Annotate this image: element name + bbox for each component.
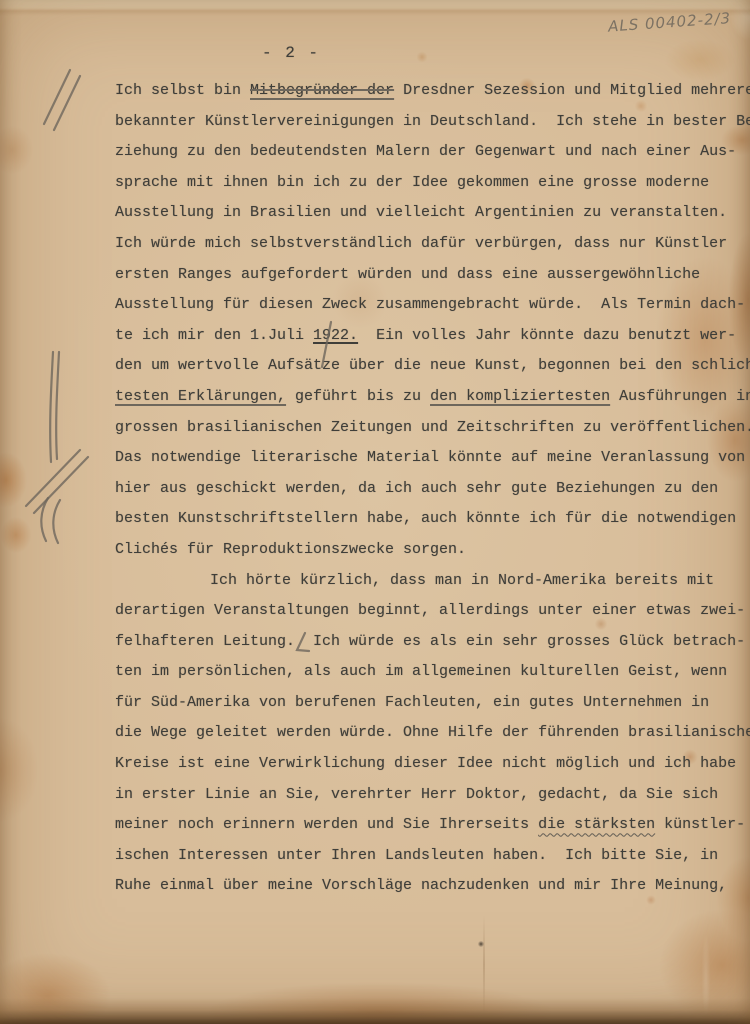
text-segment-u-wavy: die stärksten — [538, 816, 655, 833]
text-segment: besten Kunstschriftstellern habe, auch k… — [115, 510, 736, 527]
text-segment: den um wertvolle Aufsätze über die neue … — [115, 357, 750, 374]
text-line: felhafteren Leitung. Ich würde es als ei… — [115, 627, 750, 658]
text-line: grossen brasilianischen Zeitungen und Ze… — [115, 413, 750, 444]
text-line: sprache mit ihnen bin ich zu der Idee ge… — [115, 168, 750, 199]
text-line: ziehung zu den bedeutendsten Malern der … — [115, 137, 750, 168]
text-line: Ich hörte kürzlich, dass man in Nord-Ame… — [115, 566, 750, 597]
paper-page: ALS 00402-2/3 - 2 - Ich selbst bin Mitbe… — [0, 0, 750, 1024]
text-segment: meiner noch erinnern werden und Sie Ihre… — [115, 816, 538, 833]
text-segment-u-ink: 1922. — [313, 327, 358, 344]
text-line: Clichés für Reproduktionszwecke sorgen. — [115, 535, 750, 566]
text-line: Ich selbst bin Mitbegründer der Dresdner… — [115, 76, 750, 107]
text-segment: künstler- — [655, 816, 745, 833]
text-segment: te ich mir den 1.Juli — [115, 327, 313, 344]
archive-code-annotation: ALS 00402-2/3 — [608, 6, 750, 35]
text-line: ischen Interessen unter Ihren Landsleute… — [115, 841, 750, 872]
text-segment: ten im persönlichen, als auch im allgeme… — [115, 663, 727, 680]
text-line: te ich mir den 1.Juli 1922. Ein volles J… — [115, 321, 750, 352]
text-line: den um wertvolle Aufsätze über die neue … — [115, 351, 750, 382]
page-number: - 2 - — [262, 44, 320, 62]
pencil-diagonal-double-slash-icon — [26, 450, 88, 513]
text-segment: felhafteren Leitung. Ich würde es als ei… — [115, 633, 745, 650]
text-segment: Ich hörte kürzlich, dass man in Nord-Ame… — [210, 572, 714, 589]
pencil-long-double-line-icon — [50, 352, 59, 462]
text-segment: grossen brasilianischen Zeitungen und Ze… — [115, 419, 750, 436]
text-segment: bekannter Künstlervereinigungen in Deuts… — [115, 113, 750, 130]
pencil-insert-double-slash-icon — [44, 70, 80, 130]
text-line: besten Kunstschriftstellern habe, auch k… — [115, 504, 750, 535]
text-line: Ich würde mich selbstverständlich dafür … — [115, 229, 750, 260]
pencil-double-paren-icon — [41, 498, 60, 543]
text-segment: sprache mit ihnen bin ich zu der Idee ge… — [115, 174, 709, 191]
text-segment: ersten Ranges aufgefordert würden und da… — [115, 266, 700, 283]
text-segment: ziehung zu den bedeutendsten Malern der … — [115, 143, 736, 160]
text-segment: Ausstellung in Brasilien und vielleicht … — [115, 204, 727, 221]
text-line: in erster Linie an Sie, verehrter Herr D… — [115, 780, 750, 811]
text-line: Ausstellung in Brasilien und vielleicht … — [115, 198, 750, 229]
text-line: testen Erklärungen, geführt bis zu den k… — [115, 382, 750, 413]
text-segment: Clichés für Reproduktionszwecke sorgen. — [115, 541, 466, 558]
text-segment: für Süd-Amerika von berufenen Fachleuten… — [115, 694, 709, 711]
text-segment: Ein volles Jahr könnte dazu benutzt wer- — [358, 327, 736, 344]
text-line: derartigen Veranstaltungen beginnt, alle… — [115, 596, 750, 627]
text-segment: hier aus geschickt werden, da ich auch s… — [115, 480, 718, 497]
text-line: bekannter Künstlervereinigungen in Deuts… — [115, 107, 750, 138]
text-segment: derartigen Veranstaltungen beginnt, alle… — [115, 602, 745, 619]
text-line: meiner noch erinnern werden und Sie Ihre… — [115, 810, 750, 841]
text-segment-u-pencil: testen Erklärungen, — [115, 388, 286, 405]
text-segment: Das notwendige literarische Material kön… — [115, 449, 745, 466]
text-line: hier aus geschickt werden, da ich auch s… — [115, 474, 750, 505]
text-segment: Ich würde mich selbstverständlich dafür … — [115, 235, 727, 252]
text-line: Ausstellung für diesen Zweck zusammengeb… — [115, 290, 750, 321]
text-segment: Ich selbst bin — [115, 82, 250, 99]
typed-text: Ich selbst bin Mitbegründer der Dresdner… — [115, 76, 750, 902]
text-line: die Wege geleitet werden würde. Ohne Hil… — [115, 718, 750, 749]
text-line: ersten Ranges aufgefordert würden und da… — [115, 260, 750, 291]
text-segment: geführt bis zu — [286, 388, 430, 405]
text-segment-u-pencil: den kompliziertesten — [430, 388, 610, 405]
text-segment: Ausführungen in — [610, 388, 750, 405]
text-segment: Dresdner Sezession und Mitglied mehrerer — [394, 82, 750, 99]
text-segment-strike: Mitbegründer der — [250, 82, 394, 99]
text-line: Kreise ist eine Verwirklichung dieser Id… — [115, 749, 750, 780]
text-segment: die Wege geleitet werden würde. Ohne Hil… — [115, 724, 750, 741]
text-segment: Ruhe einmal über meine Vorschläge nachzu… — [115, 877, 727, 894]
text-line: für Süd-Amerika von berufenen Fachleuten… — [115, 688, 750, 719]
text-segment: Ausstellung für diesen Zweck zusammengeb… — [115, 296, 745, 313]
text-segment: in erster Linie an Sie, verehrter Herr D… — [115, 786, 718, 803]
paper-crease — [483, 915, 485, 1015]
text-line: ten im persönlichen, als auch im allgeme… — [115, 657, 750, 688]
text-line: Ruhe einmal über meine Vorschläge nachzu… — [115, 871, 750, 902]
text-line: Das notwendige literarische Material kön… — [115, 443, 750, 474]
text-segment: ischen Interessen unter Ihren Landsleute… — [115, 847, 718, 864]
text-segment: Kreise ist eine Verwirklichung dieser Id… — [115, 755, 736, 772]
